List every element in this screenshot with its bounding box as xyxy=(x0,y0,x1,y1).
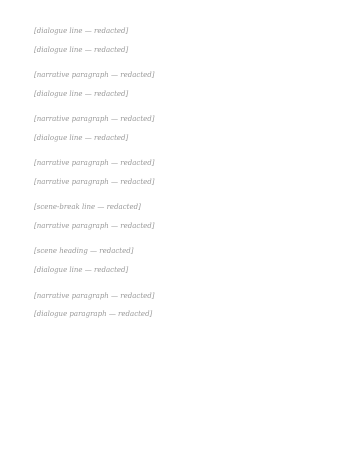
paragraph: [narrative paragraph — redacted] xyxy=(34,221,326,233)
paragraph: [dialogue line — redacted] xyxy=(34,89,326,101)
paragraph: [scene-break line — redacted] xyxy=(34,202,326,214)
document-page: [dialogue line — redacted] [dialogue lin… xyxy=(0,0,360,466)
paragraph: [dialogue line — redacted] xyxy=(34,26,326,38)
paragraph: [dialogue paragraph — redacted] xyxy=(34,309,326,321)
paragraph: [narrative paragraph — redacted] xyxy=(34,70,326,82)
paragraph: [narrative paragraph — redacted] xyxy=(34,114,326,126)
paragraph: [narrative paragraph — redacted] xyxy=(34,291,326,303)
paragraph: [narrative paragraph — redacted] xyxy=(34,177,326,189)
paragraph: [dialogue line — redacted] xyxy=(34,133,326,145)
paragraph: [scene heading — redacted] xyxy=(34,246,326,258)
paragraph: [dialogue line — redacted] xyxy=(34,45,326,57)
paragraph: [dialogue line — redacted] xyxy=(34,265,326,277)
paragraph: [narrative paragraph — redacted] xyxy=(34,158,326,170)
